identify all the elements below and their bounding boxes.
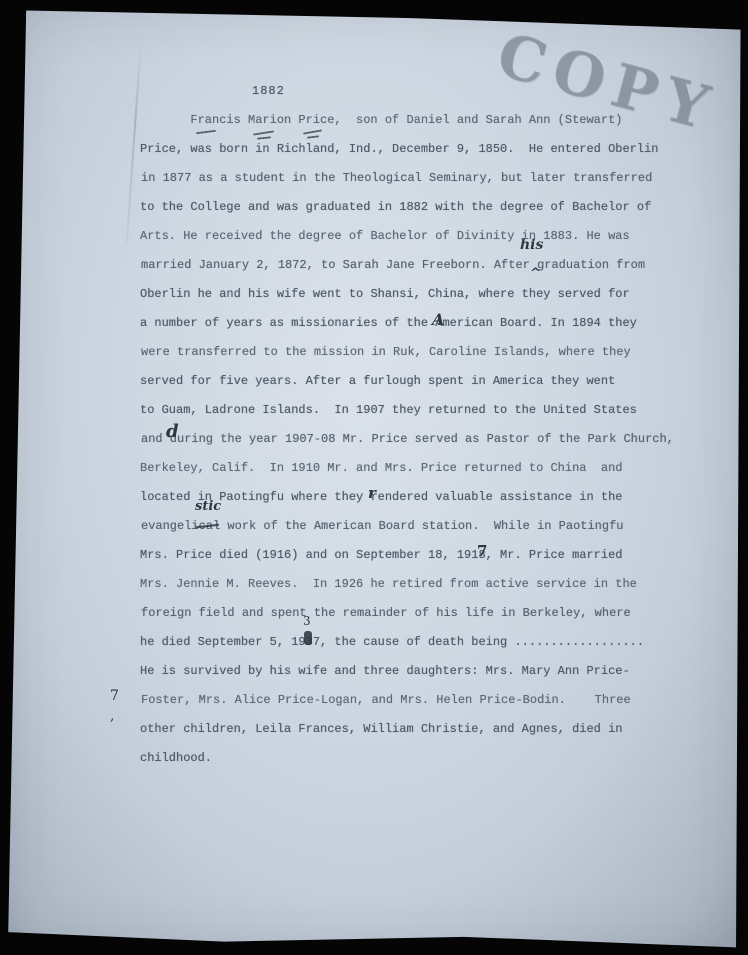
typed-line: Berkeley, Calif. In 1910 Mr. and Mrs. Pr… [140, 454, 685, 483]
typed-line: childhood. [140, 744, 685, 773]
typed-line: Mrs. Jennie M. Reeves. In 1926 he retire… [140, 570, 685, 599]
scanned-document-photo: COPY 1882 Francis Marion Price, son of D… [0, 0, 748, 955]
insertion-caret-mark: ^ [530, 266, 541, 281]
typed-line: other children, Leila Frances, William C… [140, 715, 685, 744]
handwritten-overstrike-r: r [368, 484, 376, 502]
typed-line: in 1877 as a student in the Theological … [141, 164, 685, 193]
typed-line: Arts. He received the degree of Bachelor… [140, 222, 685, 251]
typed-line: married January 2, 1872, to Sarah Jane F… [141, 251, 685, 280]
typed-line: Price, was born in Richland, Ind., Decem… [140, 135, 685, 164]
handwritten-correction-stic: stic [195, 499, 221, 514]
typed-line: foreign field and spent the remainder of… [141, 599, 685, 628]
typed-line: Mrs. Price died (1916) and on September … [140, 541, 685, 570]
typed-line: Oberlin he and his wife went to Shansi, … [140, 280, 685, 309]
typed-line: Francis Marion Price, son of Daniel and … [140, 106, 685, 135]
typed-line: to Guam, Ladrone Islands. In 1907 they r… [140, 396, 685, 425]
handwritten-overstrike-seven: 7 [477, 542, 487, 560]
typed-text-block: Francis Marion Price, son of Daniel and … [140, 106, 685, 773]
typed-line: He is survived by his wife and three dau… [140, 657, 685, 686]
typed-line: a number of years as missionaries of the… [140, 309, 685, 338]
typed-line: evangelical work of the American Board s… [141, 512, 685, 541]
handwritten-overstrike-d: d [166, 421, 179, 442]
margin-number-seven: 7 [110, 688, 119, 704]
document-page: COPY 1882 Francis Marion Price, son of D… [0, 0, 748, 955]
typed-line: Foster, Mrs. Alice Price-Logan, and Mrs.… [141, 686, 685, 715]
typed-line: served for five years. After a furlough … [140, 367, 685, 396]
typed-line: were transferred to the mission in Ruk, … [141, 338, 685, 367]
typed-line: to the College and was graduated in 1882… [140, 193, 685, 222]
margin-tick-mark: , [110, 708, 114, 724]
handwritten-digit-three: 3 [303, 614, 311, 628]
handwritten-insertion-his: his [520, 237, 543, 253]
handwritten-overstrike-a: A [432, 310, 444, 329]
ink-blot [304, 631, 312, 645]
typed-line: located in Paotingfu where they rendered… [140, 483, 685, 512]
typed-line: he died September 5, 1937, the cause of … [140, 628, 685, 657]
year-heading: 1882 [252, 84, 285, 98]
typed-line: and during the year 1907-08 Mr. Price se… [141, 425, 685, 454]
